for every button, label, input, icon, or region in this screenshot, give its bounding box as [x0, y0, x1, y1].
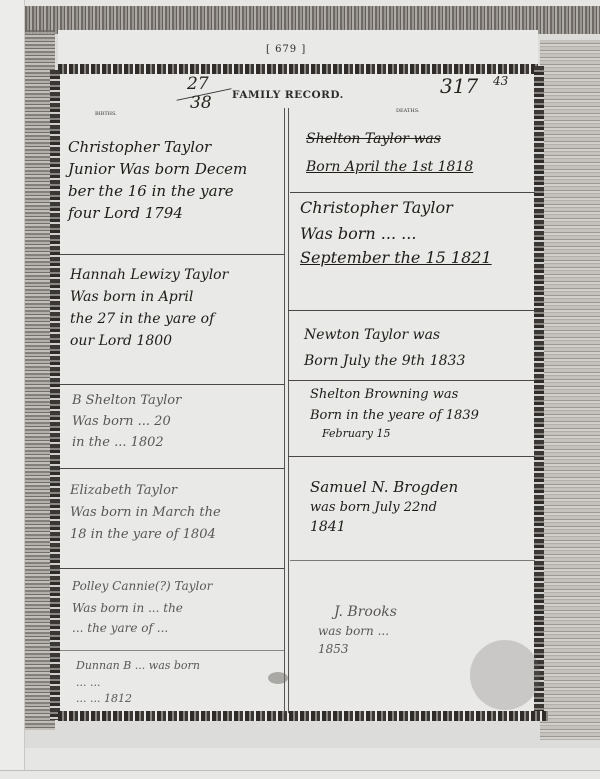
- ink-smudge: [268, 672, 288, 684]
- page-number: [ 679 ]: [266, 44, 306, 55]
- entry-line: four Lord 1794: [68, 206, 247, 221]
- ornamental-border-bottom: [58, 711, 548, 721]
- entry-separator: [288, 456, 535, 457]
- entry-line: Was born in March the: [70, 506, 221, 519]
- birth-entry: Polley Cannie(?) Taylor Was born in ... …: [72, 580, 212, 634]
- entry-line: September the 15 1821: [300, 250, 492, 266]
- entry-line: ber the 16 in the yare: [68, 184, 247, 199]
- page-edge-right: [540, 40, 600, 740]
- entry-line: Elizabeth Taylor: [70, 484, 221, 497]
- entry-line: our Lord 1800: [70, 334, 228, 348]
- annotation-43: 43: [493, 74, 508, 88]
- entry-line: Newton Taylor was: [304, 328, 465, 342]
- ornamental-border-left: [50, 70, 60, 720]
- entry-separator: [290, 560, 535, 561]
- entry-line: Dunnan B ... was born: [76, 660, 200, 671]
- death-entry: Newton Taylor was Born July the 9th 1833: [304, 328, 465, 368]
- entry-separator: [60, 384, 284, 385]
- ink-smudge: [470, 640, 540, 710]
- entry-line: Polley Cannie(?) Taylor: [72, 580, 212, 592]
- scan-margin-bottom: [0, 770, 600, 779]
- death-entry: Shelton Taylor was Born April the 1st 18…: [306, 132, 473, 174]
- entry-line: February 15: [310, 428, 479, 439]
- entry-line: in the ... 1802: [72, 436, 181, 449]
- entry-line: Was born in ... the: [72, 602, 212, 614]
- entry-line: Was born ... 20: [72, 415, 181, 428]
- entry-separator: [60, 650, 284, 651]
- entry-separator: [288, 310, 535, 311]
- entry-line: 1853: [318, 643, 397, 655]
- annotation-317: 317: [440, 74, 478, 98]
- entry-line: Shelton Taylor was: [306, 132, 473, 146]
- death-entry: J. Brooks was born ... 1853: [318, 605, 397, 655]
- entry-line: 1841: [310, 520, 458, 534]
- birth-entry: Christopher Taylor Junior Was born Decem…: [68, 140, 247, 221]
- entry-line: 18 in the yare of 1804: [70, 528, 221, 541]
- birth-entry: B Shelton Taylor Was born ... 20 in the …: [72, 394, 181, 449]
- ornamental-border-right: [534, 66, 544, 720]
- entry-separator: [288, 380, 535, 381]
- entry-line: Shelton Browning was: [310, 388, 479, 401]
- entry-line: Samuel N. Brogden: [310, 480, 458, 495]
- birth-entry: Hannah Lewizy Taylor Was born in April t…: [70, 268, 228, 348]
- entry-line: Was born ... ...: [300, 226, 492, 242]
- entry-line: ... ... 1812: [76, 693, 200, 704]
- entry-line: was born ...: [318, 625, 397, 637]
- annotation-38: 38: [190, 93, 212, 113]
- entry-line: was born July 22nd: [310, 501, 458, 514]
- page-title: FAMILY RECORD.: [232, 89, 344, 101]
- column-divider: [284, 108, 289, 713]
- entry-line: Christopher Taylor: [68, 140, 247, 155]
- annotation-27: 27: [187, 74, 209, 94]
- entry-line: Born July the 9th 1833: [304, 354, 465, 368]
- entry-line: Junior Was born Decem: [68, 162, 247, 177]
- entry-line: J. Brooks: [318, 605, 397, 619]
- birth-entry: Elizabeth Taylor Was born in March the 1…: [70, 484, 221, 541]
- entry-line: ... the yare of ...: [72, 622, 212, 634]
- entry-line: Hannah Lewizy Taylor: [70, 268, 228, 282]
- death-entry: Samuel N. Brogden was born July 22nd 184…: [310, 480, 458, 534]
- death-entry: Christopher Taylor Was born ... ... Sept…: [300, 200, 492, 266]
- births-header: BIRTHS.: [95, 111, 117, 117]
- entry-separator: [60, 254, 284, 255]
- scan-margin-left: [0, 0, 25, 779]
- entry-separator: [60, 568, 284, 569]
- birth-entry: Dunnan B ... was born ... ... ... ... 18…: [76, 660, 200, 704]
- entry-line: ... ...: [76, 677, 200, 688]
- ornamental-border-top: [58, 64, 538, 74]
- entry-line: the 27 in the yare of: [70, 312, 228, 326]
- entry-separator: [60, 468, 284, 469]
- entry-separator: [290, 192, 535, 193]
- entry-line: Was born in April: [70, 290, 228, 304]
- entry-line: Born April the 1st 1818: [306, 160, 473, 174]
- entry-line: Christopher Taylor: [300, 200, 492, 216]
- death-entry: Shelton Browning was Born in the yeare o…: [310, 388, 479, 439]
- deaths-header: DEATHS.: [396, 108, 420, 114]
- entry-line: Born in the yeare of 1839: [310, 409, 479, 422]
- entry-line: B Shelton Taylor: [72, 394, 181, 407]
